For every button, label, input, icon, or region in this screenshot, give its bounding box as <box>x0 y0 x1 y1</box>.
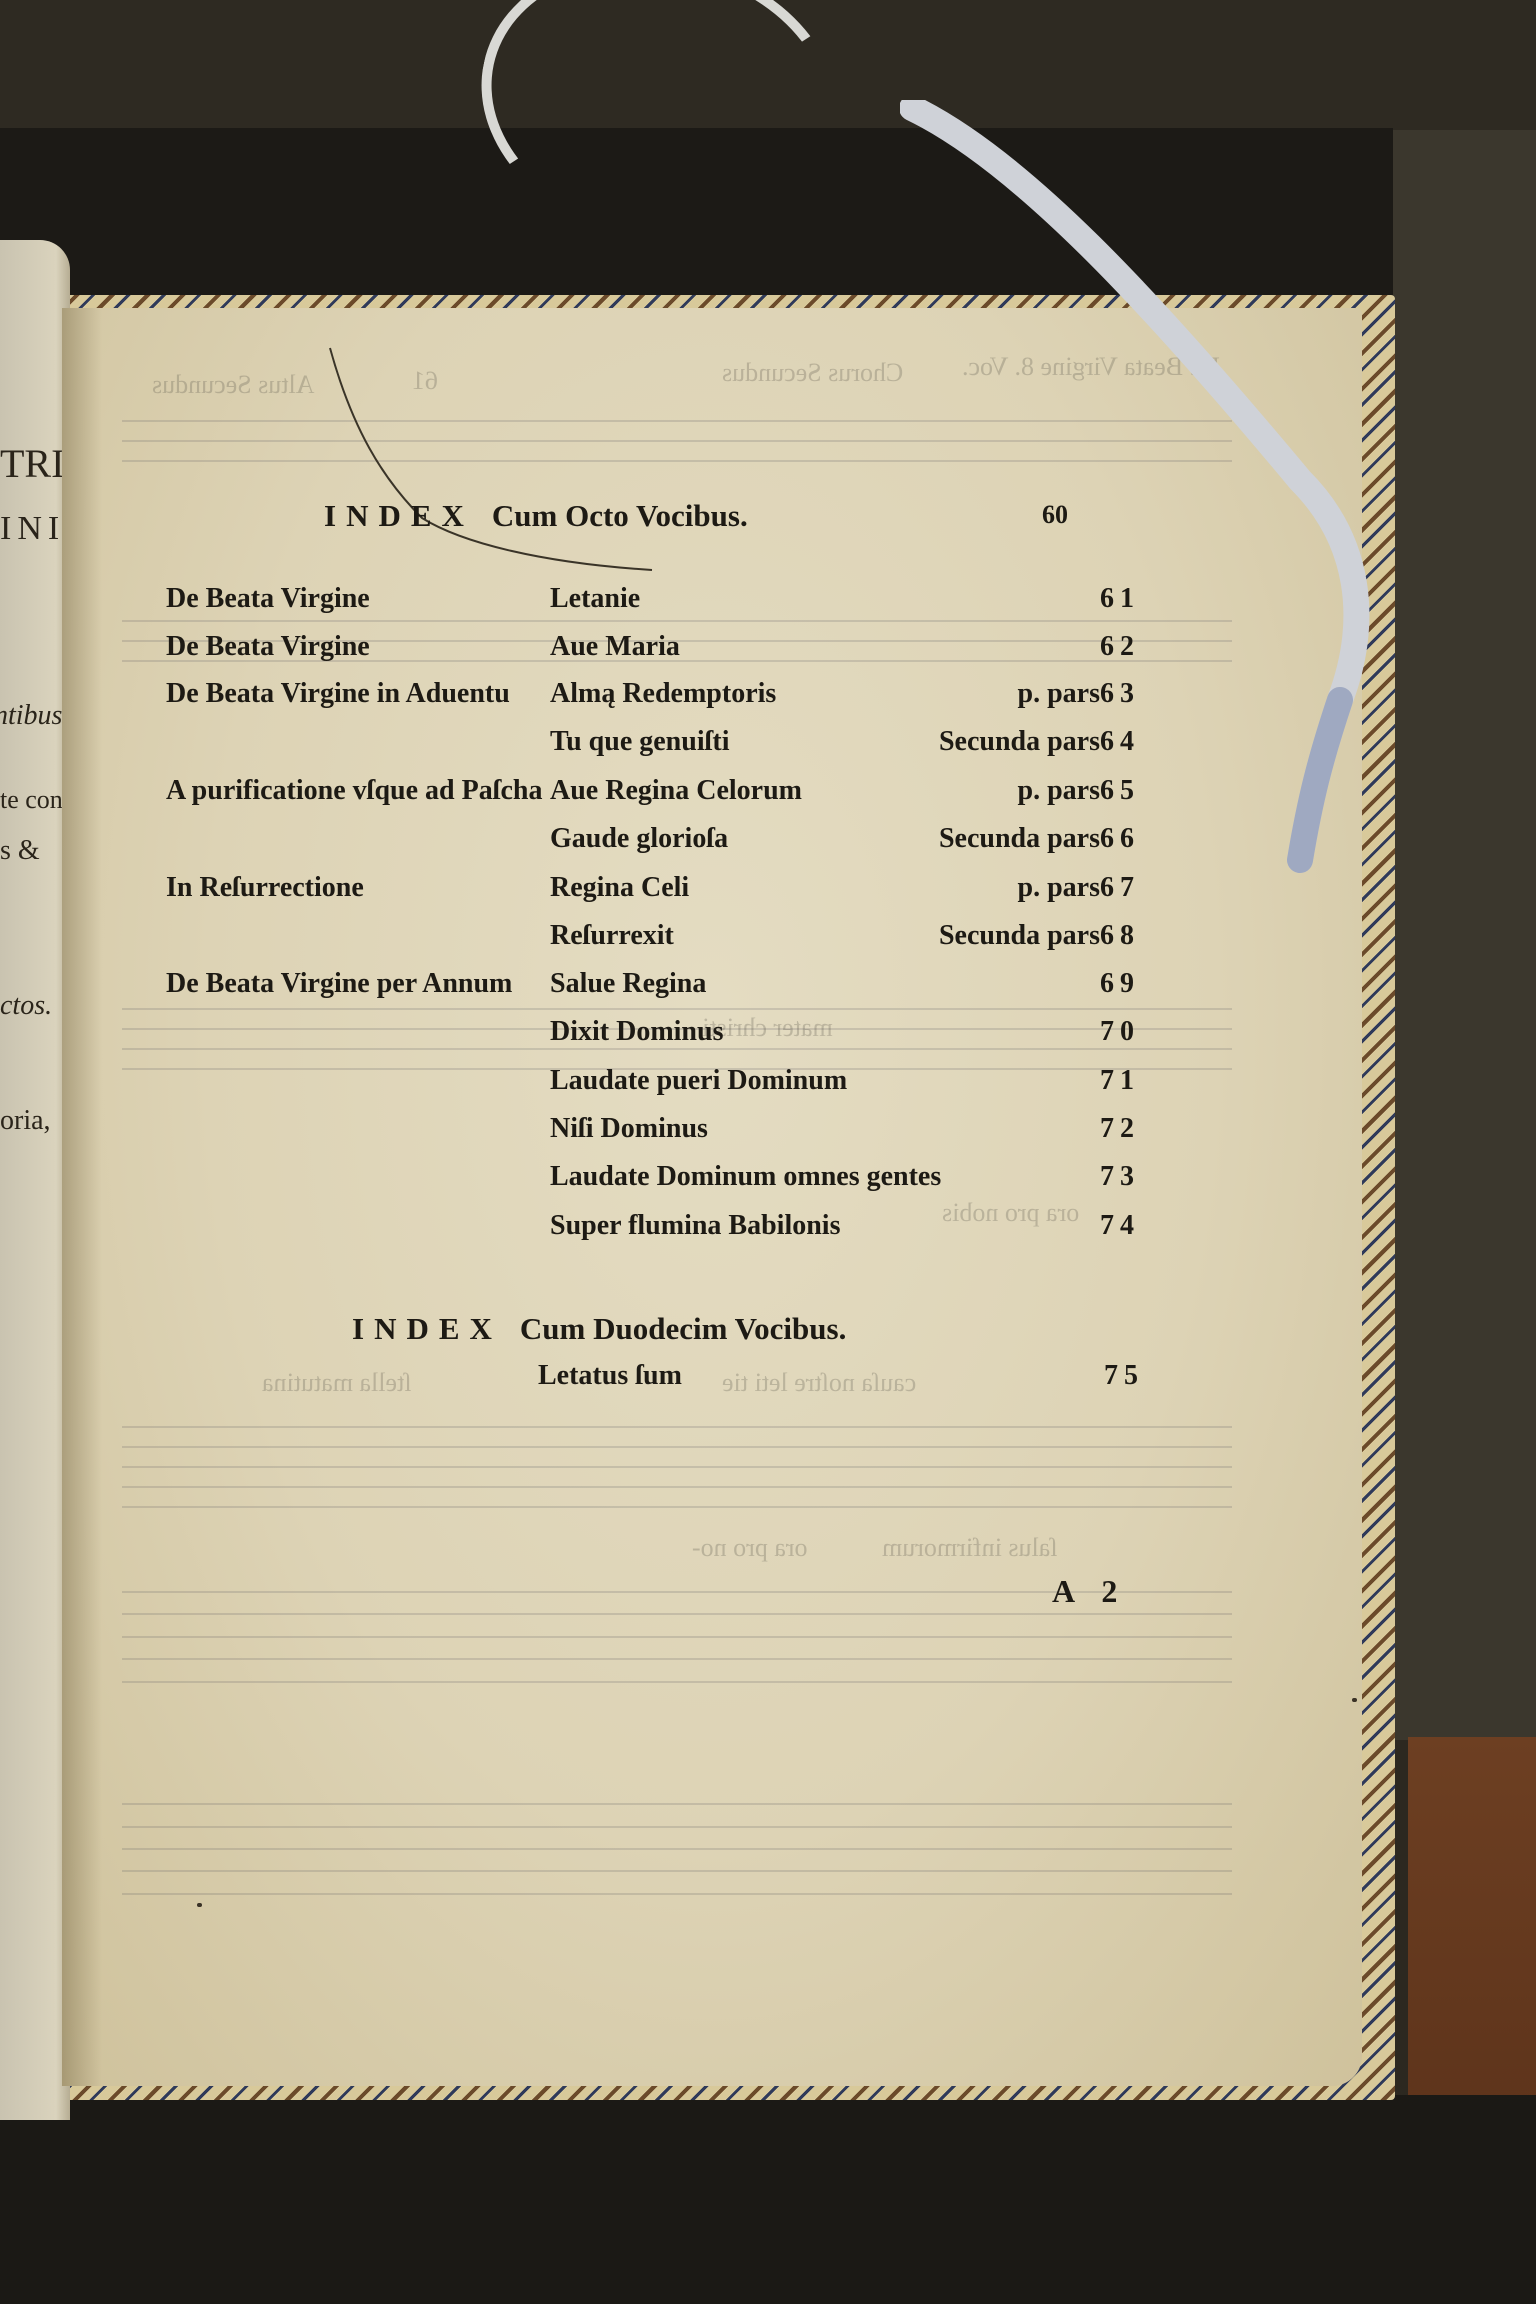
index-entry: Laudate pueri Dominum 71 <box>62 1065 1362 1105</box>
entry-title: Aue Regina Celorum <box>550 775 802 807</box>
bleed-through-staff-line <box>122 1008 1232 1010</box>
entry-part: Secunda pars <box>939 726 1100 758</box>
left-page-fragment: ntibus, <box>0 700 69 732</box>
entry-title: Letanie <box>550 583 640 615</box>
entry-page-number: 65 <box>1100 775 1140 807</box>
entry-category: A purificatione vſque ad Paſcha <box>166 775 542 807</box>
entry-title: Laudate Dominum omnes gentes <box>550 1161 941 1193</box>
left-page-fragment: ctos. <box>0 990 52 1022</box>
index-entry: Tu que genuiſti Secunda pars 64 <box>62 726 1362 766</box>
index-keyword: INDEX <box>324 498 474 533</box>
bleed-through-staff-line <box>122 1446 1232 1448</box>
index-entry: A purificatione vſque ad Paſcha Aue Regi… <box>62 775 1362 815</box>
folio-number: 60 <box>1042 500 1068 530</box>
entry-category: De Beata Virgine per Annum <box>166 968 512 1000</box>
entry-page-number: 71 <box>1100 1065 1140 1097</box>
bleed-through-staff-line <box>122 460 1232 462</box>
index-entry: Dixit Dominus 70 <box>62 1016 1362 1056</box>
left-page-fragment: INI <box>0 510 65 548</box>
bleed-through-staff-line <box>122 1870 1232 1872</box>
entry-title: Niſi Dominus <box>550 1113 708 1145</box>
entry-title: Regina Celi <box>550 872 689 904</box>
entry-title: Almą Redemptoris <box>550 678 776 710</box>
foam-book-support-bottom <box>0 2095 1536 2304</box>
entry-page-number: 73 <box>1100 1161 1140 1193</box>
entry-page-number: 66 <box>1100 823 1140 855</box>
entry-category: In Reſurrectione <box>166 872 364 904</box>
bleed-through-staff-line <box>122 420 1232 422</box>
entry-page-number: 75 <box>1104 1360 1144 1392</box>
entry-page-number: 64 <box>1100 726 1140 758</box>
entry-part: p. pars <box>1018 872 1100 904</box>
entry-page-number: 70 <box>1100 1016 1140 1048</box>
entry-part: Secunda pars <box>939 823 1100 855</box>
index-entry: Laudate Dominum omnes gentes 73 <box>62 1161 1362 1201</box>
entry-part: Secunda pars <box>939 920 1100 952</box>
left-page-edge: TRICI INI ntibus, te conci- s & ctos. or… <box>0 240 70 2120</box>
index-heading-eight-voices: INDEXCum Octo Vocibus. <box>324 498 748 534</box>
entry-category: De Beata Virgine <box>166 631 370 663</box>
bleed-through-staff-line <box>122 1658 1232 1660</box>
entry-title: Dixit Dominus <box>550 1016 723 1048</box>
index-entry: De Beata Virgine per Annum Salue Regina … <box>62 968 1362 1008</box>
index-heading-twelve-voices: INDEXCum Duodecim Vocibus. <box>352 1311 846 1347</box>
bleed-through-text: Chorus Secundus <box>722 358 903 388</box>
entry-page-number: 74 <box>1100 1210 1140 1242</box>
index-entry: De Beata Virgine in Aduentu Almą Redempt… <box>62 678 1362 718</box>
index-entry: Gaude glorioſa Secunda pars 66 <box>62 823 1362 863</box>
entry-page-number: 68 <box>1100 920 1140 952</box>
bleed-through-staff-line <box>122 1636 1232 1638</box>
wooden-support-block <box>1408 1737 1536 2115</box>
bleed-through-staff-line <box>122 1803 1232 1805</box>
entry-page-number: 72 <box>1100 1113 1140 1145</box>
index-entry: Niſi Dominus 72 <box>62 1113 1362 1153</box>
signature-mark: A 2 <box>1052 1573 1127 1610</box>
entry-page-number: 69 <box>1100 968 1140 1000</box>
bleed-through-text: ſalus infirmorum <box>882 1533 1057 1563</box>
bleed-through-staff-line <box>122 1893 1232 1895</box>
entry-page-number: 63 <box>1100 678 1140 710</box>
entry-title: Letatus ſum <box>538 1360 682 1392</box>
entry-title: Salue Regina <box>550 968 706 1000</box>
left-page-fragment: oria, <box>0 1105 51 1137</box>
bleed-through-text: De Beata Virgine 8. Voc. <box>962 352 1220 382</box>
bleed-through-staff-line <box>122 440 1232 442</box>
bleed-through-staff-line <box>122 1506 1232 1508</box>
index-entry: De Beata Virgine Letanie 61 <box>62 583 1362 623</box>
entry-category: De Beata Virgine <box>166 583 370 615</box>
entry-title: Aue Maria <box>550 631 680 663</box>
index-heading-title: Cum Octo Vocibus. <box>492 498 748 533</box>
bleed-through-staff-line <box>122 1681 1232 1683</box>
index-page: De Beata Virgine 8. Voc. Chorus Secundus… <box>62 308 1362 2086</box>
bleed-through-text: 61 <box>412 366 438 396</box>
entry-page-number: 67 <box>1100 872 1140 904</box>
entry-title: Tu que genuiſti <box>550 726 729 758</box>
entry-title: Super flumina Babilonis <box>550 1210 840 1242</box>
index-heading-title: Cum Duodecim Vocibus. <box>520 1311 846 1346</box>
bleed-through-staff-line <box>122 1426 1232 1428</box>
entry-title: Laudate pueri Dominum <box>550 1065 847 1097</box>
bleed-through-text: Altus Secundus <box>152 370 315 400</box>
left-page-fragment: TRICI <box>0 440 70 487</box>
index-entry: Reſurrexit Secunda pars 68 <box>62 920 1362 960</box>
background-wall-right <box>1390 130 1536 1740</box>
entry-category: De Beata Virgine in Aduentu <box>166 678 510 710</box>
index-keyword: INDEX <box>352 1311 502 1346</box>
entry-part: p. pars <box>1018 678 1100 710</box>
bleed-through-text: ora pro no- <box>692 1533 808 1563</box>
index-entry: In Reſurrectione Regina Celi p. pars 67 <box>62 872 1362 912</box>
entry-title: Reſurrexit <box>550 920 674 952</box>
index-entry: De Beata Virgine Aue Maria 62 <box>62 631 1362 671</box>
paper-speck <box>197 1903 202 1907</box>
bleed-through-staff-line <box>122 1848 1232 1850</box>
bleed-through-staff-line <box>122 1486 1232 1488</box>
left-page-fragment: te conci- <box>0 785 70 815</box>
entry-page-number: 62 <box>1100 631 1140 663</box>
entry-page-number: 61 <box>1100 583 1140 615</box>
bleed-through-staff-line <box>122 1613 1232 1615</box>
paper-speck <box>1352 1698 1357 1702</box>
bleed-through-staff-line <box>122 1466 1232 1468</box>
entry-part: p. pars <box>1018 775 1100 807</box>
index-entry: Letatus ſum 75 <box>62 1360 1362 1400</box>
bleed-through-staff-line <box>122 1826 1232 1828</box>
left-page-fragment: s & <box>0 835 40 867</box>
entry-title: Gaude glorioſa <box>550 823 728 855</box>
index-entry: Super flumina Babilonis 74 <box>62 1210 1362 1250</box>
